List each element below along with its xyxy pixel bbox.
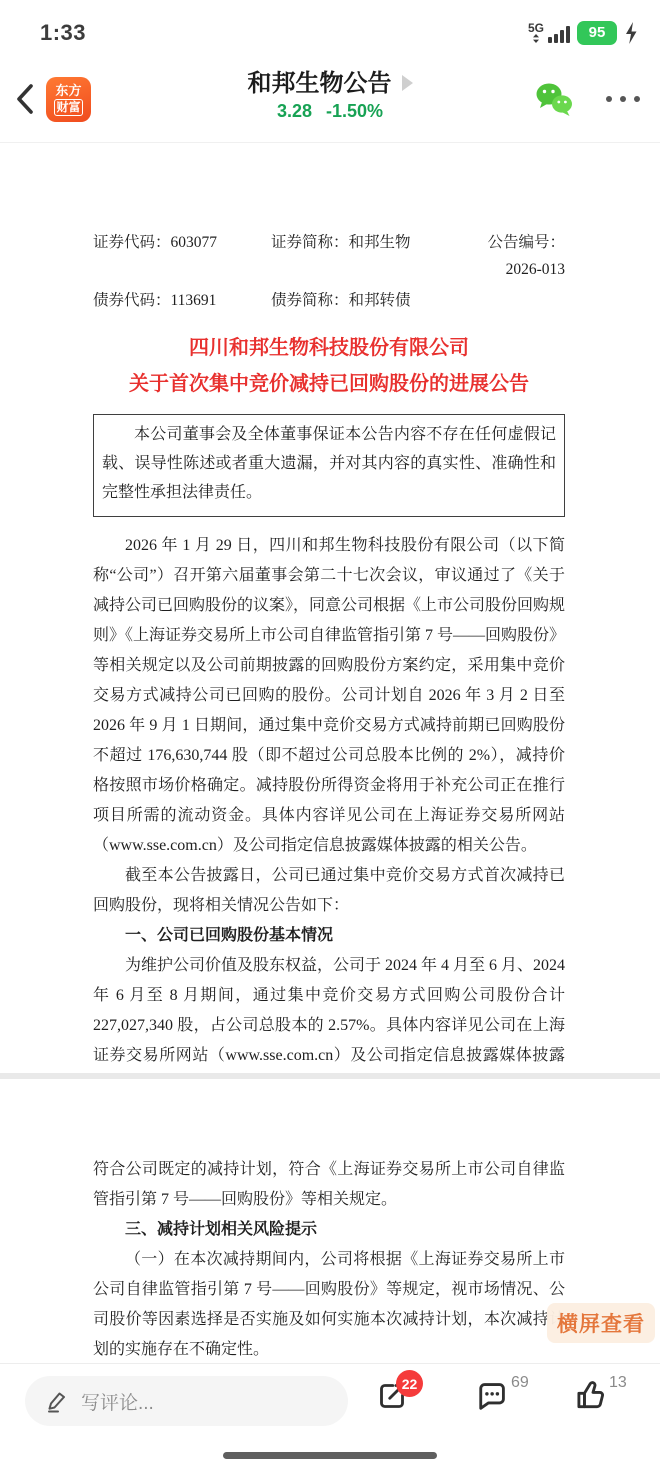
wechat-share-icon[interactable] xyxy=(534,81,574,117)
back-button[interactable] xyxy=(14,81,44,117)
page-title-row[interactable]: 和邦生物公告 xyxy=(248,63,413,98)
document-title-subject: 关于首次集中竞价减持已回购股份的进展公告 xyxy=(93,366,565,402)
paragraph-buyback-basic: 为维护公司价值及股东权益，公司于 2024 年 4 月至 6 月、2024 年 … xyxy=(93,951,565,1073)
section-3-heading: 三、减持计划相关风险提示 xyxy=(93,1215,565,1245)
like-count: 13 xyxy=(609,1374,627,1392)
document-title-company: 四川和邦生物科技股份有限公司 xyxy=(93,330,565,366)
paragraph-first-reduction-cont: 符合公司既定的减持计划，符合《上海证券交易所上市公司自律监管指引第 7 号——回… xyxy=(93,1155,565,1215)
announcement-document: 证券代码：603077 证券简称：和邦生物 公告编号：2026-013 债券代码… xyxy=(0,144,660,1363)
app-screen: 1:33 5G 95 xyxy=(0,0,660,1467)
landscape-view-button[interactable]: 横屏查看 xyxy=(547,1303,655,1343)
nav-bar: 东方 财富 和邦生物公告 3.28 -1.50% xyxy=(0,55,660,143)
status-bar: 1:33 5G 95 xyxy=(0,0,660,55)
share-badge: 22 xyxy=(396,1370,423,1397)
comment-input[interactable]: 写评论... xyxy=(25,1376,348,1426)
bond-name: 债券简称：和邦转债 xyxy=(271,287,461,314)
disclaimer-box: 本公司董事会及全体董事保证本公告内容不存在任何虚假记载、误导性陈述或者重大遗漏，… xyxy=(93,414,565,517)
updown-arrows-icon xyxy=(531,34,541,43)
page-title: 和邦生物公告 xyxy=(248,63,392,98)
document-page-1: 证券代码：603077 证券简称：和邦生物 公告编号：2026-013 债券代码… xyxy=(0,144,660,1073)
share-button[interactable]: 22 xyxy=(374,1378,410,1414)
thumbs-up-icon xyxy=(572,1378,608,1414)
paragraph-intro: 截至本公告披露日，公司已通过集中竞价交易方式首次减持已回购股份，现将相关情况公告… xyxy=(93,861,565,921)
paragraph-board-meeting: 2026 年 1 月 29 日，四川和邦生物科技股份有限公司（以下简称“公司”）… xyxy=(93,531,565,861)
charging-bolt-icon xyxy=(624,21,638,45)
document-meta: 证券代码：603077 证券简称：和邦生物 公告编号：2026-013 债券代码… xyxy=(93,229,565,314)
comment-placeholder: 写评论... xyxy=(81,1388,154,1415)
stock-price: 3.28 xyxy=(277,101,312,122)
paragraph-risk-1: （一）在本次减持期间内，公司将根据《上海证券交易所上市公司自律监管指引第 7 号… xyxy=(93,1245,565,1363)
stock-change: -1.50% xyxy=(326,101,383,122)
pencil-icon xyxy=(45,1389,69,1413)
home-indicator[interactable] xyxy=(223,1452,437,1459)
network-type-label: 5G xyxy=(528,22,544,34)
bond-code: 债券代码：113691 xyxy=(93,287,271,314)
eastmoney-logo[interactable]: 东方 财富 xyxy=(46,77,91,122)
security-code: 证券代码：603077 xyxy=(93,229,271,283)
section-1-heading: 一、公司已回购股份基本情况 xyxy=(93,921,565,951)
comments-button[interactable]: 69 xyxy=(474,1378,529,1414)
comment-count: 69 xyxy=(511,1374,529,1392)
battery-indicator: 95 xyxy=(577,21,617,45)
more-menu-button[interactable] xyxy=(606,79,640,119)
announcement-number: 公告编号：2026-013 xyxy=(461,229,565,283)
security-name: 证券简称：和邦生物 xyxy=(271,229,461,283)
bottom-action-bar: 写评论... 22 69 13 xyxy=(0,1363,660,1467)
signal-strength-icon: 5G xyxy=(528,22,570,43)
triangle-right-icon xyxy=(402,75,413,91)
chevron-left-icon xyxy=(14,81,36,117)
comment-bubble-icon xyxy=(474,1378,510,1414)
status-time: 1:33 xyxy=(40,20,86,46)
like-button[interactable]: 13 xyxy=(572,1378,627,1414)
stock-quote[interactable]: 3.28 -1.50% xyxy=(277,101,383,122)
